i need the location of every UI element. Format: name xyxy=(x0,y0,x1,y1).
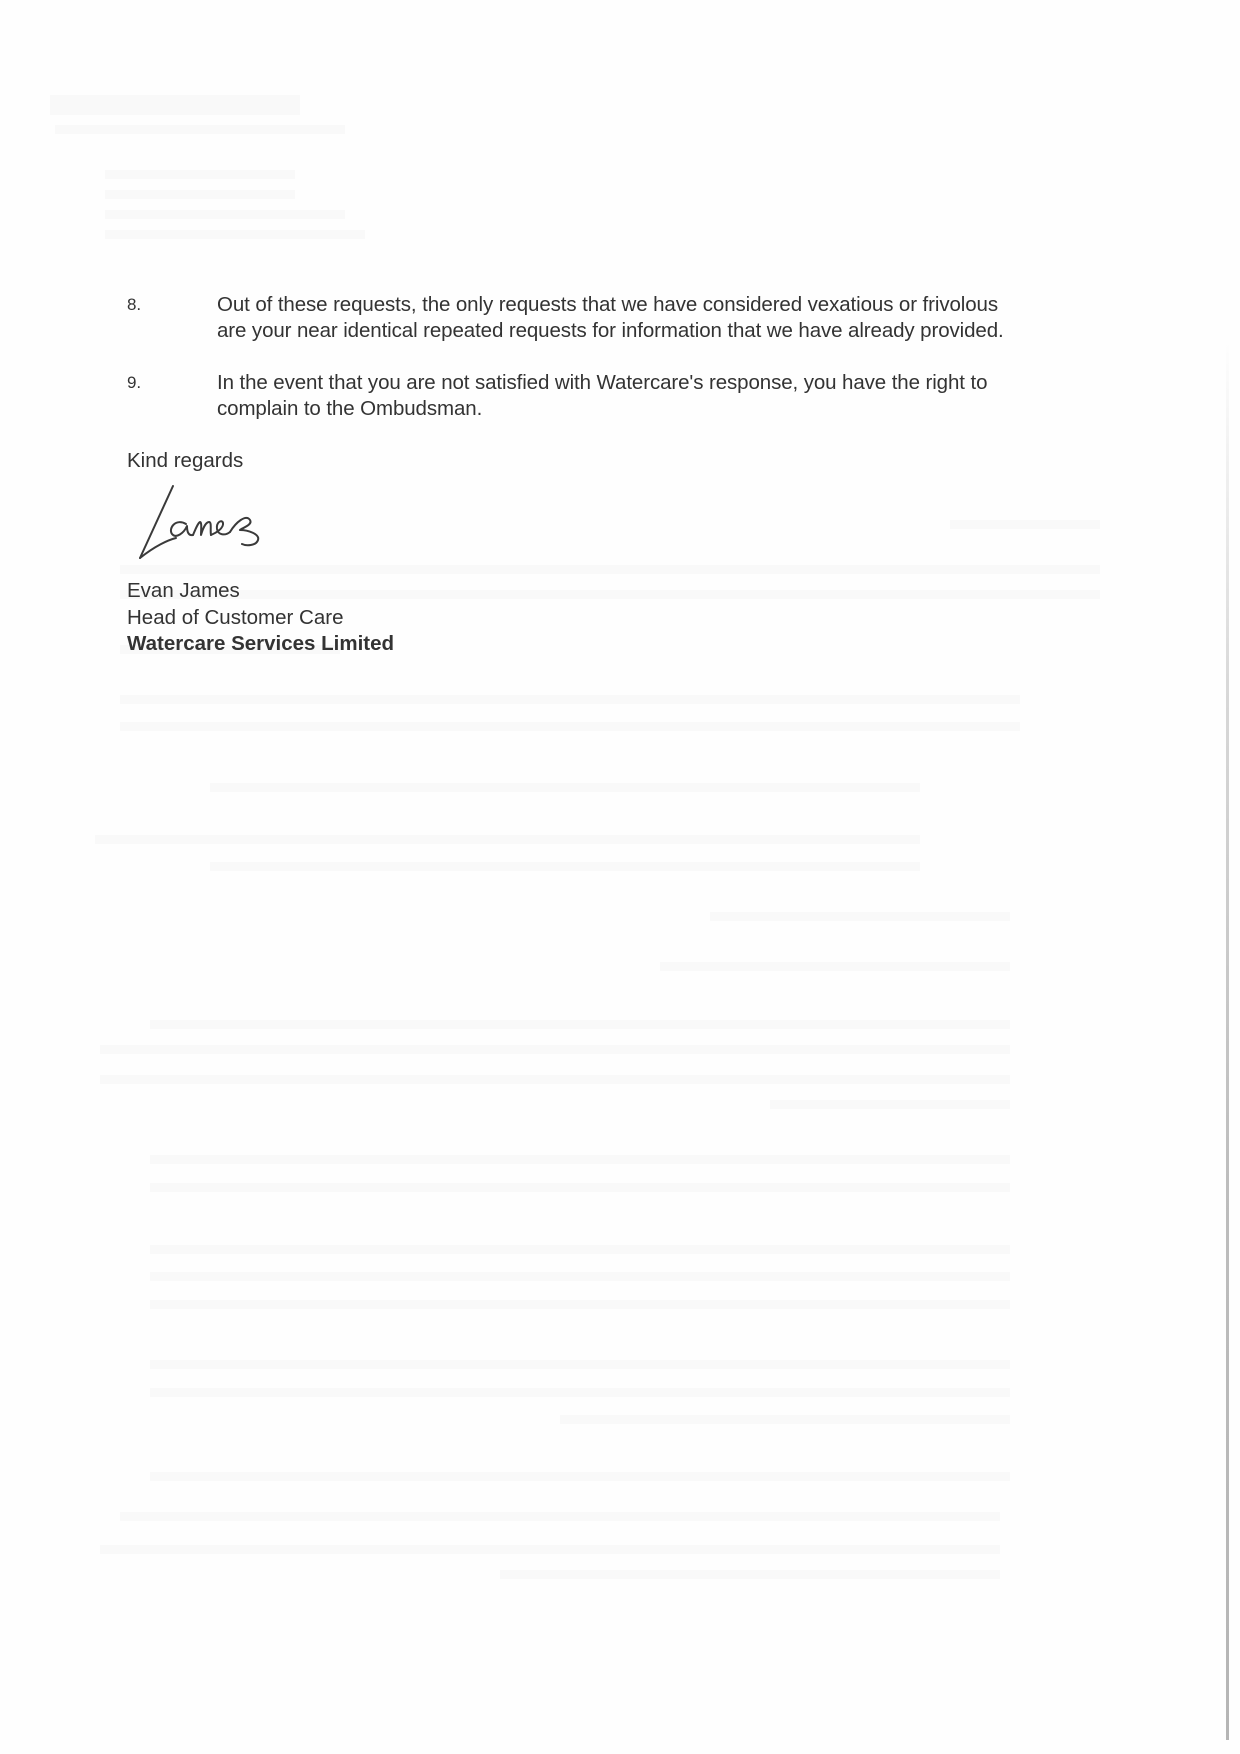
bleed-through xyxy=(770,1100,1010,1109)
bleed-through xyxy=(100,1545,1000,1554)
paragraph-line: In the event that you are not satisfied … xyxy=(217,370,1102,396)
paragraph-text: Out of these requests, the only requests… xyxy=(217,292,1102,344)
closing-salutation: Kind regards xyxy=(127,448,243,474)
bleed-through xyxy=(150,1272,1010,1281)
signatory-title: Head of Customer Care xyxy=(127,605,394,632)
bleed-through xyxy=(105,230,365,239)
bleed-through xyxy=(150,1020,1010,1029)
bleed-through xyxy=(500,1570,1000,1579)
bleed-through xyxy=(560,1415,1010,1424)
bleed-through xyxy=(150,1155,1010,1164)
bleed-through xyxy=(150,1472,1010,1481)
bleed-through xyxy=(150,1300,1010,1309)
paragraph-text: In the event that you are not satisfied … xyxy=(217,370,1102,422)
signatory-organization: Watercare Services Limited xyxy=(127,631,394,658)
bleed-through xyxy=(120,1512,1000,1521)
paragraph-number: 8. xyxy=(127,292,141,318)
bleed-through xyxy=(710,912,1010,921)
bleed-through xyxy=(210,862,920,871)
signature-block: Evan James Head of Customer Care Waterca… xyxy=(127,578,394,658)
bleed-through xyxy=(55,125,345,134)
bleed-through xyxy=(950,520,1100,529)
paragraph-line: Out of these requests, the only requests… xyxy=(217,292,1102,318)
bleed-through xyxy=(150,1388,1010,1397)
bleed-through xyxy=(660,962,1010,971)
bleed-through xyxy=(210,783,920,792)
paragraph-line: complain to the Ombudsman. xyxy=(217,396,1102,422)
paragraph-number: 9. xyxy=(127,370,141,396)
bleed-through xyxy=(100,1045,1010,1054)
bleed-through xyxy=(150,1360,1010,1369)
bleed-through xyxy=(105,190,295,199)
signatory-name: Evan James xyxy=(127,578,394,605)
bleed-through xyxy=(120,695,1020,704)
bleed-through xyxy=(105,210,345,219)
bleed-through xyxy=(50,95,300,115)
letter-page: 8. Out of these requests, the only reque… xyxy=(0,0,1240,1754)
bleed-through xyxy=(150,1245,1010,1254)
paragraph-line: are your near identical repeated request… xyxy=(217,318,1102,344)
bleed-through xyxy=(105,170,295,179)
bleed-through xyxy=(120,722,1020,731)
scan-edge-line xyxy=(1226,340,1229,1740)
bleed-through xyxy=(95,835,920,844)
bleed-through xyxy=(150,1183,1010,1192)
bleed-through xyxy=(100,1075,1010,1084)
handwritten-signature xyxy=(130,478,330,568)
